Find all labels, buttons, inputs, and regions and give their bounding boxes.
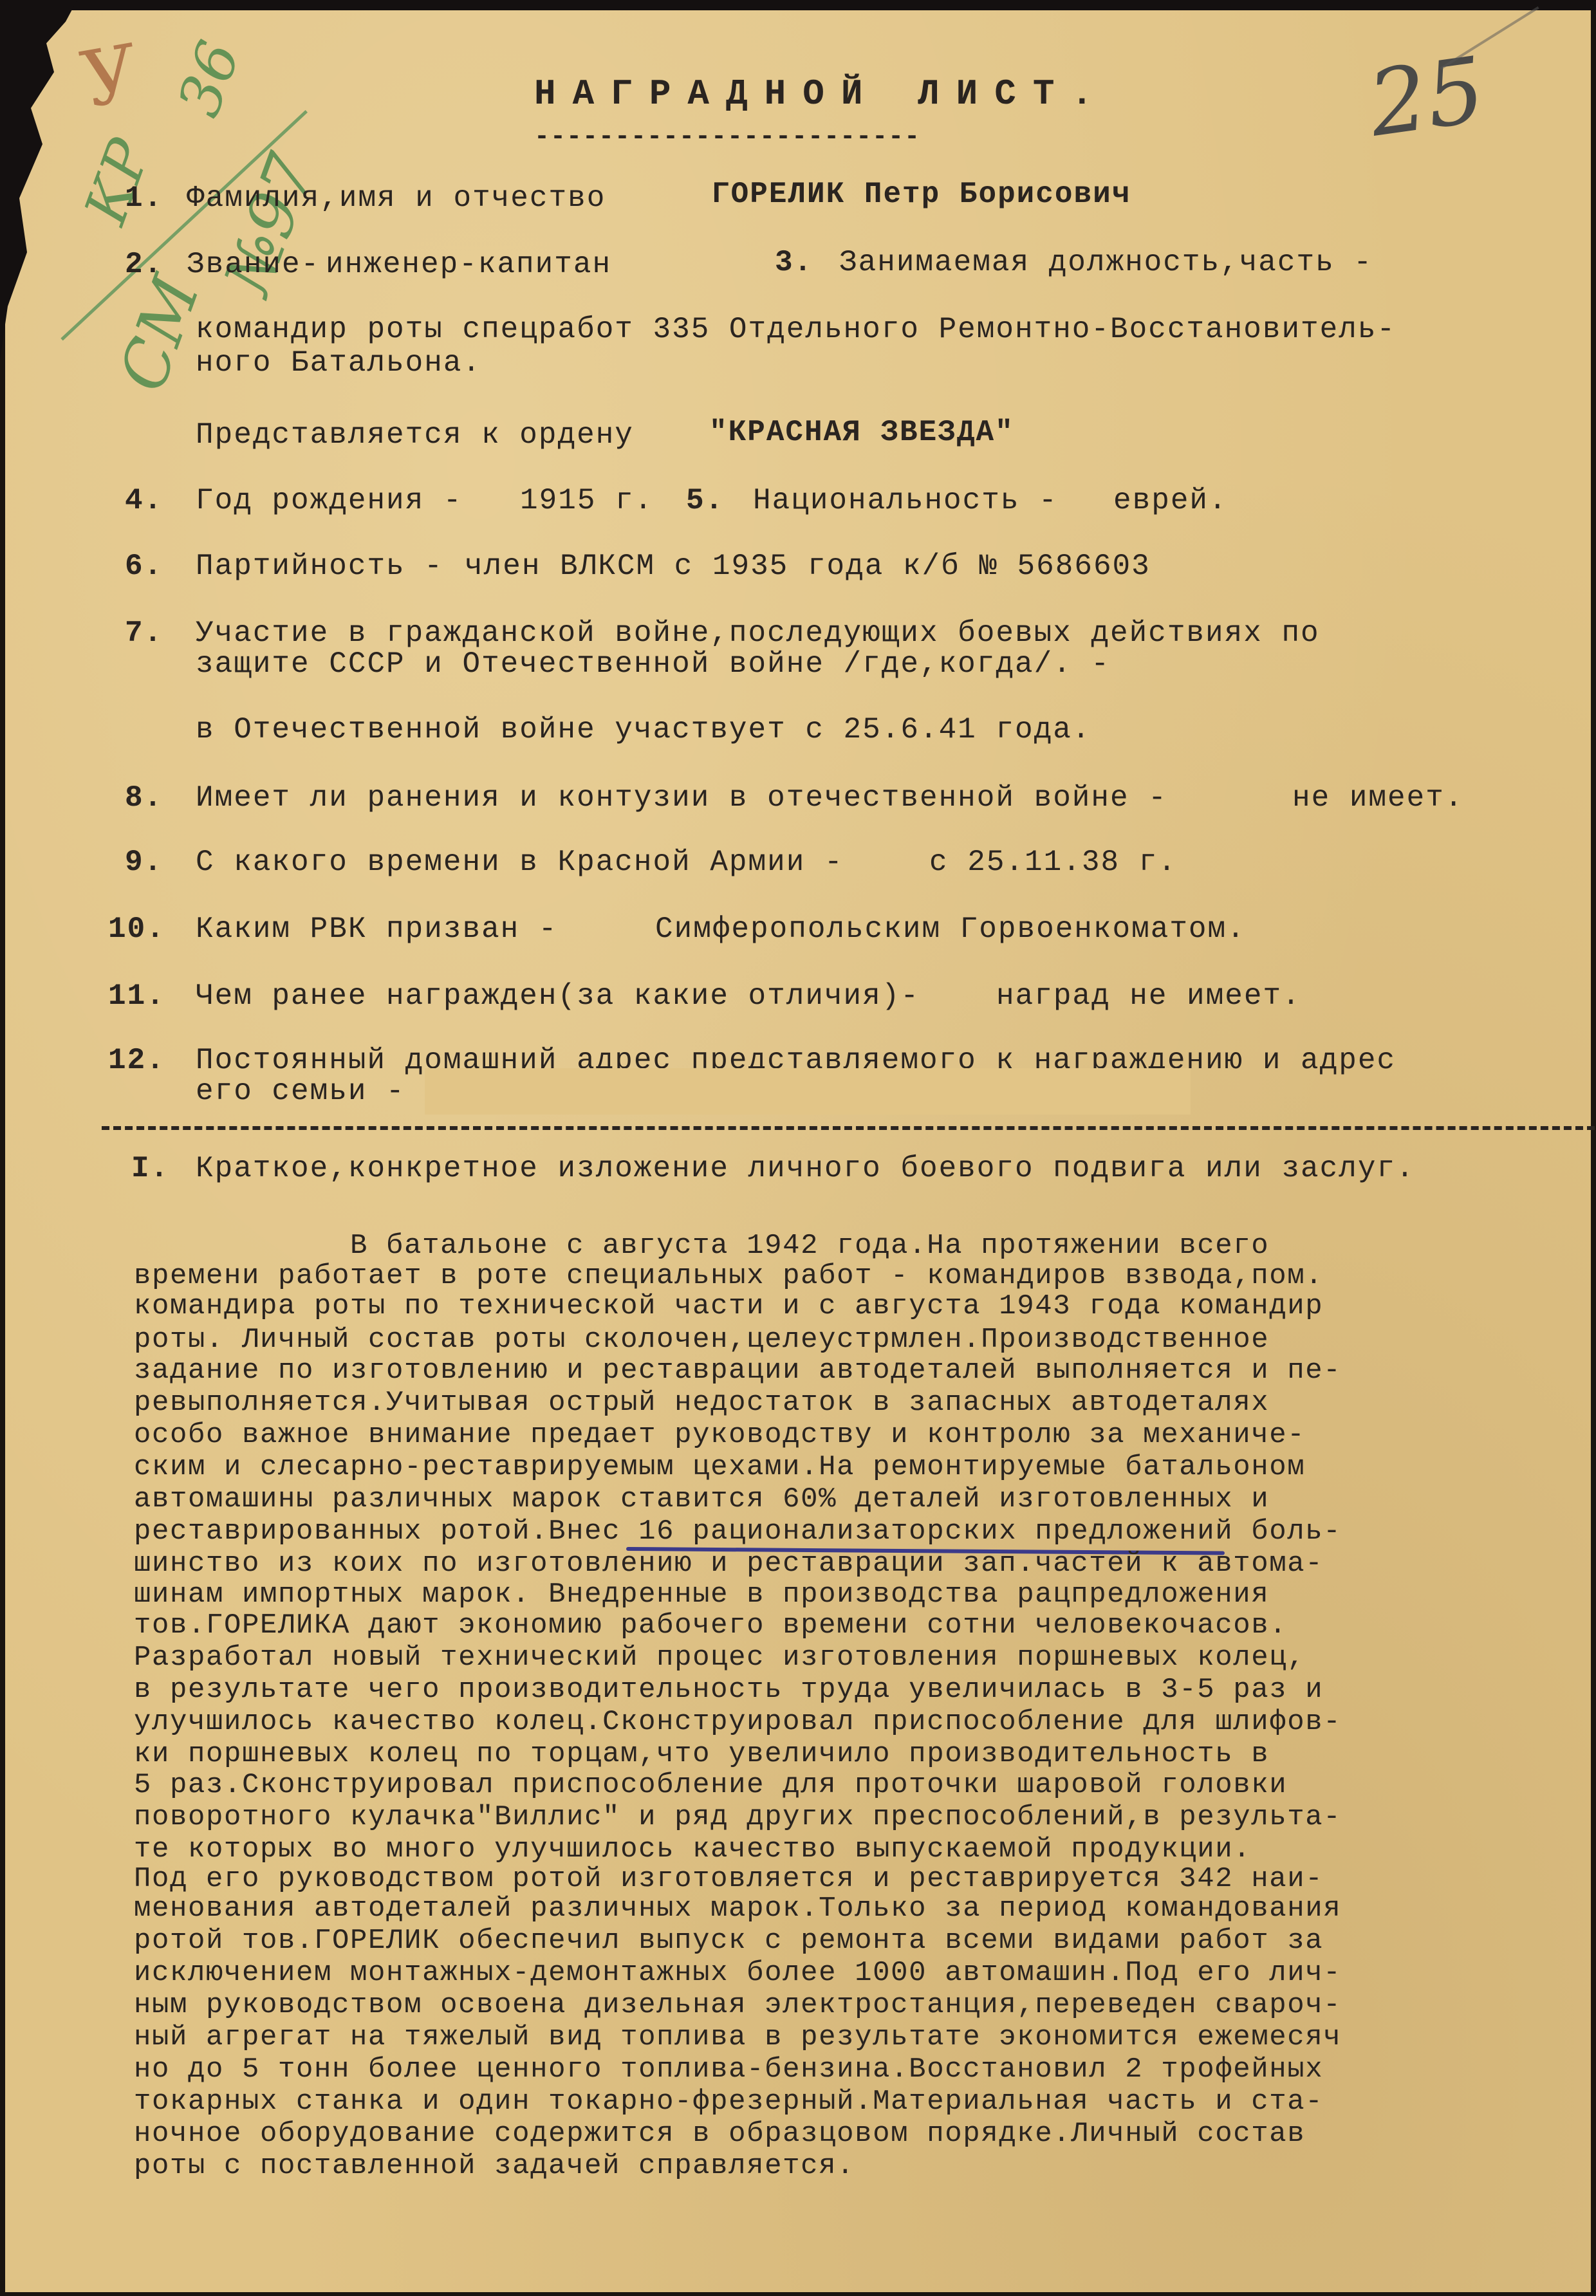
narrative-line: токарных станка и один токарно-фрезерный… — [134, 2084, 1323, 2121]
section-2-heading: Краткое,конкретное изложение личного бое… — [196, 1152, 1415, 1185]
field-7-label-line2: защите СССР и Отечественной войне /где,к… — [196, 647, 1110, 681]
narrative-line: командира роты по технической части и с … — [134, 1288, 1323, 1326]
field-2-value: инженер-капитан — [326, 248, 611, 281]
field-1-value: ГОРЕЛИК Петр Борисович — [712, 178, 1131, 211]
field-3-value-line1: командир роты спецработ 335 Отдельного Р… — [196, 313, 1396, 346]
narrative-line: 5 раз.Сконструировал приспособление для … — [134, 1767, 1287, 1804]
narrative-line: реставрированных ротой.Внес 16 рационали… — [134, 1514, 1341, 1551]
field-5-number: 5. — [686, 484, 724, 517]
field-4-label: Год рождения - — [196, 484, 462, 517]
narrative-line: ским и слесарно-реставрируемым цехами.На… — [134, 1449, 1305, 1486]
page-number: 25 — [1363, 37, 1491, 157]
field-11-label: Чем ранее награжден(за какие отличия)- — [196, 979, 920, 1013]
field-3-number: 3. — [775, 246, 813, 279]
field-2-number: 2. — [125, 248, 163, 281]
pencil-flourish — [1440, 6, 1539, 70]
field-6-number: 6. — [125, 550, 163, 583]
field-4-number: 4. — [125, 484, 163, 517]
field-6-label: Партийность - — [196, 550, 443, 583]
narrative-line: исключением монтажных-демонтажных более … — [134, 1955, 1341, 1992]
redacted-address — [425, 1068, 1191, 1115]
narrative-line: тов.ГОРЕЛИКА дают экономию рабочего врем… — [134, 1607, 1287, 1645]
narrative-line: ревыполняется.Учитывая острый недостаток… — [134, 1385, 1269, 1422]
narrative-line: автомашины различных марок ставится 60% … — [134, 1481, 1269, 1519]
field-4-value: 1915 г. — [520, 484, 653, 517]
section-2-number: I. — [131, 1152, 169, 1185]
narrative-line: роты с поставленной задачей справляется. — [134, 2148, 855, 2185]
narrative-line: ротой тов.ГОРЕЛИК обеспечил выпуск с рем… — [134, 1923, 1323, 1960]
field-5-value: еврей. — [1113, 484, 1228, 517]
narrative-line: поворотного кулачка"Виллис" и ряд других… — [134, 1799, 1341, 1837]
narrative-line: ночное оборудование содержится в образцо… — [134, 2116, 1305, 2153]
narrative-line: ный агрегат на тяжелый вид топлива в рез… — [134, 2019, 1341, 2057]
field-8-label: Имеет ли ранения и контузии в отечествен… — [196, 781, 1167, 815]
narrative-line: особо важное внимание предает руководств… — [134, 1417, 1305, 1454]
field-5-label: Национальность - — [753, 484, 1058, 517]
page-title: НАГРАДНОЙ ЛИСТ. — [534, 77, 1109, 111]
narrative-line: задание по изготовлению и реставрации ав… — [134, 1353, 1341, 1390]
green-note-36: 36 — [165, 33, 254, 125]
nomination-order: "КРАСНАЯ ЗВЕЗДА" — [709, 416, 1014, 449]
field-7-number: 7. — [125, 616, 163, 650]
field-1-label: Фамилия,имя и отчество — [187, 181, 606, 215]
field-12-number: 12. — [108, 1044, 165, 1077]
field-9-value: с 25.11.38 г. — [929, 846, 1177, 879]
field-11-value: наград не имеет. — [996, 979, 1301, 1013]
field-7-label-line1: Участие в гражданской войне,последующих … — [196, 616, 1320, 650]
field-9-number: 9. — [125, 846, 163, 879]
field-8-value: не имеет. — [1292, 781, 1463, 815]
scan-border — [0, 0, 1596, 10]
field-8-number: 8. — [125, 781, 163, 815]
field-3-value-line2: ного Батальона. — [196, 346, 481, 380]
narrative-line: ным руководством освоена дизельная элект… — [134, 1987, 1341, 2024]
field-10-value: Симферопольским Горвоенкоматом. — [655, 912, 1246, 946]
narrative-line: улучшилось качество колец.Сконструировал… — [134, 1704, 1341, 1741]
narrative-line: менования автодеталей различных марок.То… — [134, 1891, 1341, 1928]
field-9-label: С какого времени в Красной Армии - — [196, 846, 844, 879]
field-10-label: Каким РВК призван - — [196, 912, 558, 946]
field-11-number: 11. — [108, 979, 165, 1013]
red-pencil-mark: У — [75, 28, 146, 126]
narrative-line: но до 5 тонн более ценного топлива-бензи… — [134, 2051, 1323, 2089]
field-6-value: член ВЛКСМ с 1935 года к/б № 5686603 — [465, 550, 1151, 583]
field-12-label-line2: его семьи - — [196, 1075, 405, 1108]
field-10-number: 10. — [108, 912, 165, 946]
award-sheet-page: У 36 КР №97 СМ 25 НАГРАДНОЙ ЛИСТ. ------… — [5, 6, 1591, 2292]
field-3-label: Занимаемая должность,часть - — [839, 246, 1373, 279]
field-7-value: в Отечественной войне участвует с 25.6.4… — [196, 713, 1091, 746]
field-1-number: 1. — [125, 181, 163, 215]
title-rule: ------------------------ — [534, 121, 920, 154]
field-2-label: Звание- — [187, 248, 320, 281]
narrative-line: в результате чего производительность тру… — [134, 1672, 1323, 1709]
nomination-label: Представляется к ордену — [196, 418, 634, 452]
torn-corner — [0, 0, 77, 360]
narrative-line: Разработал новый технический процес изго… — [134, 1640, 1305, 1677]
section-separator — [102, 1126, 1595, 1130]
